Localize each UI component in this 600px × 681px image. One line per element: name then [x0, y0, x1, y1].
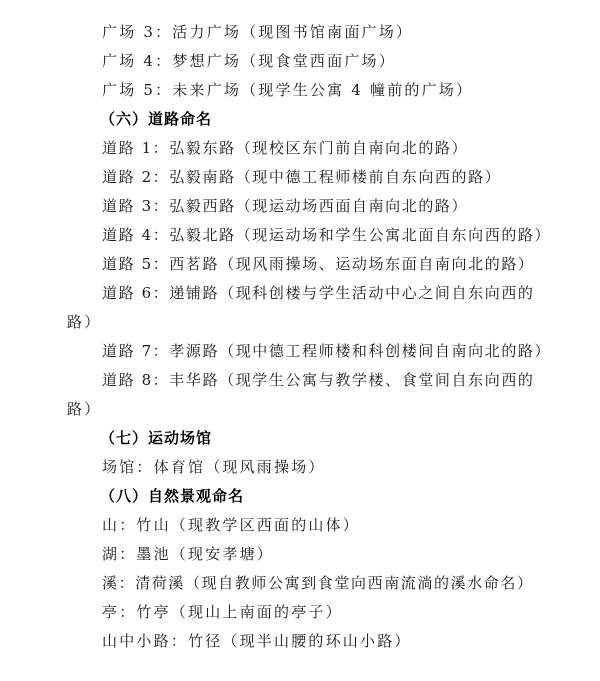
road-2-line: 道路 2：弘毅南路（现中德工程师楼前自东向西的路） [0, 163, 600, 192]
plaza-5-line: 广场 5：未来广场（现学生公寓 4 幢前的广场） [0, 76, 600, 105]
road-6-line: 道路 6：递铺路（现科创楼与学生活动中心之间自东向西的 [0, 279, 600, 308]
section-heading-natural-landscape: （八）自然景观命名 [0, 482, 600, 511]
section-heading-road-naming: （六）道路命名 [0, 105, 600, 134]
section-heading-sports-venue: （七）运动场馆 [0, 424, 600, 453]
mountain-line: 山：竹山（现教学区西面的山体） [0, 511, 600, 540]
document-page: 广场 3：活力广场（现图书馆南面广场） 广场 4：梦想广场（现食堂西面广场） 广… [0, 18, 600, 656]
road-3-line: 道路 3：弘毅西路（现运动场西面自南向北的路） [0, 192, 600, 221]
road-8-line: 道路 8：丰华路（现学生公寓与教学楼、食堂间自东向西的 [0, 366, 600, 395]
lake-line: 湖：墨池（现安孝塘） [0, 540, 600, 569]
road-1-line: 道路 1：弘毅东路（现校区东门前自南向北的路） [0, 134, 600, 163]
stream-line: 溪：清荷溪（现自教师公寓到食堂向西南流淌的溪水命名） [0, 569, 600, 598]
road-6-line-continuation: 路） [0, 308, 600, 337]
road-7-line: 道路 7：孝源路（现中德工程师楼和科创楼间自南向北的路） [0, 337, 600, 366]
pavilion-line: 亭：竹亭（现山上南面的亭子） [0, 598, 600, 627]
plaza-4-line: 广场 4：梦想广场（现食堂西面广场） [0, 47, 600, 76]
road-8-line-continuation: 路） [0, 395, 600, 424]
road-4-line: 道路 4：弘毅北路（现运动场和学生公寓北面自东向西的路） [0, 221, 600, 250]
road-5-line: 道路 5：西茗路（现风雨操场、运动场东面自南向北的路） [0, 250, 600, 279]
plaza-3-line: 广场 3：活力广场（现图书馆南面广场） [0, 18, 600, 47]
mountain-path-line: 山中小路：竹径（现半山腰的环山小路） [0, 627, 600, 656]
venue-line: 场馆：体育馆（现风雨操场） [0, 453, 600, 482]
